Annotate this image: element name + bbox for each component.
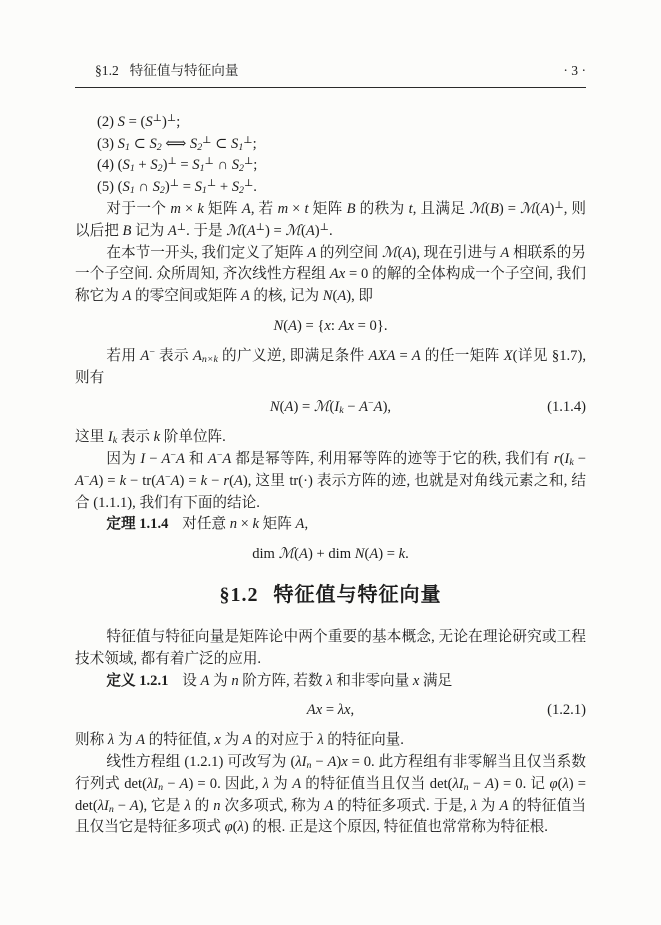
text-segment: .	[329, 223, 333, 239]
text-segment: S	[149, 136, 156, 152]
text-segment: 的	[191, 798, 213, 814]
text-segment: 设	[182, 673, 200, 689]
text-segment: −	[469, 776, 485, 792]
text-segment: B	[490, 201, 499, 217]
text-segment: = (	[125, 114, 145, 130]
paragraph-characteristic-polynomial: 线性方程组 (1.2.1) 可改写为 (λIn − A)x = 0. 此方程组有…	[75, 752, 586, 839]
text-segment: −	[207, 473, 223, 489]
display-formula-dimension: dim ℳ(A) + dim N(A) = k.	[75, 544, 586, 566]
text-segment: S	[192, 157, 199, 173]
text-segment: ×	[237, 516, 253, 532]
text-segment: A	[307, 245, 316, 261]
text-segment: 次多项式, 称为	[221, 798, 325, 814]
text-segment: A	[156, 473, 165, 489]
text-segment: ⊥	[320, 222, 329, 233]
text-segment: ×	[288, 201, 304, 217]
text-segment: 因为	[106, 451, 140, 467]
text-segment: =	[179, 179, 195, 195]
text-segment: 记为	[131, 223, 168, 239]
text-segment: A	[247, 223, 256, 239]
text-segment: 满足	[419, 673, 452, 689]
text-segment: −	[145, 451, 161, 467]
text-segment: A	[222, 451, 231, 467]
text-segment: −	[163, 776, 179, 792]
property-item-2: (2) S = (S⊥)⊥;	[75, 112, 586, 134]
text-segment: n×k	[202, 354, 218, 365]
text-segment: ⊥	[170, 178, 179, 189]
text-segment: Ax	[330, 266, 345, 282]
text-segment: − tr(	[126, 473, 156, 489]
text-segment: 的特征值,	[145, 732, 214, 748]
text-segment: ⊥	[153, 113, 162, 124]
text-segment: . 于是	[186, 223, 226, 239]
script-M-symbol: ℳ	[279, 546, 295, 562]
text-segment: A	[369, 546, 378, 562]
text-segment: ;	[176, 114, 180, 130]
text-segment: 则称	[75, 732, 108, 748]
text-segment: S	[118, 136, 125, 152]
text-segment: ,	[304, 516, 308, 532]
script-M-symbol: ℳ	[285, 223, 301, 239]
running-header: §1.2特征值与特征向量 · 3 ·	[75, 0, 586, 88]
text-segment: ),	[383, 399, 392, 415]
text-segment: AXA	[369, 348, 396, 364]
text-segment: ∩	[135, 179, 153, 195]
text-segment: ⊥	[244, 178, 253, 189]
text-segment: ) =	[98, 473, 119, 489]
paragraph-eigen-def-tail: 则称 λ 为 A 的特征值, x 为 A 的对应于 λ 的特征向量.	[75, 730, 586, 752]
text-segment: λI	[452, 776, 463, 792]
text-segment: 的列空间	[316, 245, 382, 261]
text-segment: A	[176, 451, 185, 467]
text-segment: :	[331, 318, 339, 334]
text-segment: φ	[550, 776, 558, 792]
text-segment: ⊥	[256, 222, 265, 233]
theorem-1-1-4: 定理 1.1.4对任意 n × k 矩阵 A,	[75, 514, 586, 536]
text-segment: 对于一个	[106, 201, 170, 217]
text-segment: S	[145, 114, 152, 130]
text-segment: = 0}.	[354, 318, 387, 334]
text-segment: ) + dim	[308, 546, 355, 562]
text-segment: 的零空间或矩阵	[131, 288, 240, 304]
text-segment: 矩阵	[309, 201, 347, 217]
paragraph-eigen-intro: 特征值与特征向量是矩阵论中两个重要的基本概念, 无论在理论研究或工程技术领域, …	[75, 627, 586, 671]
text-segment: 若用	[106, 348, 140, 364]
text-segment: A	[500, 245, 509, 261]
page-number: · 3 ·	[563, 60, 586, 82]
text-segment: ⊥	[205, 156, 214, 167]
text-segment: (4) (	[97, 157, 123, 173]
text-segment: 表示	[117, 429, 154, 445]
text-segment: ,	[351, 702, 355, 718]
equation-number: (1.2.1)	[547, 700, 586, 722]
text-segment: A	[292, 776, 301, 792]
text-segment: 都是幂等阵, 利用幂等阵的迹等于它的秩, 我们有	[231, 451, 554, 467]
text-segment: −	[114, 798, 130, 814]
text-segment: S	[118, 114, 125, 130]
text-segment: 定义 1.2.1	[106, 673, 168, 689]
text-segment: 的对应于	[252, 732, 318, 748]
text-segment: .	[405, 546, 409, 562]
text-segment: (3)	[97, 136, 118, 152]
text-segment: 对任意	[182, 516, 229, 532]
text-segment: 的秩为	[356, 201, 409, 217]
text-segment: ) = 0. 因此,	[188, 776, 262, 792]
text-segment: λI	[295, 754, 306, 770]
text-segment: A	[242, 201, 251, 217]
text-segment: ) = {	[297, 318, 324, 334]
text-segment: ) = 0. 记	[494, 776, 550, 792]
text-segment: , 且满足	[413, 201, 470, 217]
text-segment: ⟺	[162, 136, 190, 152]
text-segment: N	[273, 318, 283, 334]
text-segment: 的特征多项式. 于是,	[333, 798, 470, 814]
script-M-symbol: ℳ	[520, 201, 536, 217]
text-segment: S	[153, 179, 160, 195]
text-segment: A	[140, 348, 149, 364]
text-segment: S	[123, 157, 130, 173]
text-segment: A	[136, 732, 145, 748]
text-segment: (2)	[97, 114, 118, 130]
text-segment: S	[123, 179, 130, 195]
text-segment: A	[208, 451, 217, 467]
text-segment: λx	[338, 702, 351, 718]
text-segment: n	[231, 673, 238, 689]
text-segment: 的任一矩阵	[421, 348, 504, 364]
text-segment: S	[195, 179, 202, 195]
text-segment: A	[359, 399, 368, 415]
text-segment: ) =	[180, 473, 201, 489]
text-segment: 在本节一开头, 我们定义了矩阵	[106, 245, 307, 261]
text-segment: 矩阵	[204, 201, 242, 217]
text-segment: A	[412, 348, 421, 364]
text-segment: A	[306, 223, 315, 239]
text-segment: S	[232, 179, 239, 195]
text-segment: ) 的根. 正是这个原因, 特征值也常常称为特征根.	[244, 819, 548, 835]
property-item-3: (3) S1 ⊂ S2 ⟺ S2⊥ ⊂ S1⊥;	[75, 134, 586, 156]
text-segment: 阶单位阵.	[160, 429, 226, 445]
text-segment: 和	[185, 451, 208, 467]
script-M-symbol: ℳ	[314, 399, 330, 415]
text-segment: 特征值与特征向量是矩阵论中两个重要的基本概念, 无论在理论研究或工程技术领域, …	[75, 629, 586, 667]
text-segment: A	[130, 798, 139, 814]
text-segment: 为	[114, 732, 136, 748]
text-segment: 和非零向量	[333, 673, 413, 689]
text-segment: =	[395, 348, 411, 364]
text-segment: 定理 1.1.4	[106, 516, 168, 532]
text-segment: n	[230, 516, 237, 532]
text-segment: ⊥	[167, 156, 176, 167]
text-segment: .	[253, 179, 257, 195]
text-segment: ;	[253, 136, 257, 152]
running-title: §1.2特征值与特征向量	[75, 60, 238, 82]
text-segment: 矩阵	[259, 516, 296, 532]
text-segment: (5) (	[97, 179, 123, 195]
text-segment: ⊥	[554, 200, 563, 211]
text-segment: ⊥	[202, 135, 211, 146]
text-segment: A	[234, 473, 243, 489]
paragraph-null-space-intro: 在本节一开头, 我们定义了矩阵 A 的列空间 ℳ(A), 现在引进与 A 相联系…	[75, 243, 586, 308]
text-segment: λI	[98, 798, 109, 814]
text-segment: =	[322, 702, 338, 718]
text-segment: ;	[253, 157, 257, 173]
text-segment: ⊥	[167, 113, 176, 124]
text-segment: B	[347, 201, 356, 217]
text-segment: =	[177, 157, 193, 173]
paragraph-orthogonal-basis: 对于一个 m × k 矩阵 A, 若 m × t 矩阵 B 的秩为 t, 且满足…	[75, 199, 586, 243]
text-segment: A	[374, 399, 383, 415]
section-heading-number: §1.2	[220, 584, 259, 606]
text-segment: ⊥	[177, 222, 186, 233]
script-M-symbol: ℳ	[226, 223, 242, 239]
text-segment: n	[213, 798, 220, 814]
text-segment: −	[311, 754, 327, 770]
text-segment: Ax	[339, 318, 354, 334]
running-section-title: 特征值与特征向量	[130, 63, 239, 78]
text-segment: +	[216, 179, 232, 195]
text-segment: 的广义逆, 即满足条件	[218, 348, 369, 364]
script-M-symbol: ℳ	[469, 201, 485, 217]
definition-1-2-1: 定义 1.2.1设 A 为 n 阶方阵, 若数 λ 和非零向量 x 满足	[75, 671, 586, 693]
paragraph-generalized-inverse: 若用 A− 表示 An×k 的广义逆, 即满足条件 AXA = A 的任一矩阵 …	[75, 346, 586, 390]
text-segment: ) =	[265, 223, 285, 239]
text-segment: Ax	[307, 702, 322, 718]
text-segment: S	[232, 157, 239, 173]
text-segment: +	[135, 157, 151, 173]
paragraph-idempotent-trace: 因为 I − A−A 和 A−A 都是幂等阵, 利用幂等阵的迹等于它的秩, 我们…	[75, 449, 586, 514]
text-segment: ), 现在引进与	[411, 245, 500, 261]
text-segment: 的特征值当且仅当 det(	[301, 776, 452, 792]
text-segment: 为	[209, 673, 231, 689]
display-formula-1-1-4: N(A) = ℳ(Ik − A−A),(1.1.4)	[75, 397, 586, 419]
property-item-5: (5) (S1 ∩ S2)⊥ = S1⊥ + S2⊥.	[75, 177, 586, 199]
text-segment: 阶方阵, 若数	[239, 673, 327, 689]
text-segment: A	[193, 348, 202, 364]
section-heading-title: 特征值与特征向量	[274, 584, 442, 606]
text-segment: A	[75, 473, 84, 489]
text-segment: ⊥	[243, 135, 252, 146]
property-item-4: (4) (S1 + S2)⊥ = S1⊥ ∩ S2⊥;	[75, 155, 586, 177]
section-heading: §1.2特征值与特征向量	[75, 580, 586, 610]
text-segment: 的特征向量.	[324, 732, 404, 748]
text-segment: ) =	[378, 546, 398, 562]
text-segment: 线性方程组 (1.2.1) 可改写为 (	[106, 754, 295, 770]
display-formula-null-space: N(A) = {x: Ax = 0}.	[75, 316, 586, 338]
text-segment: m	[170, 201, 181, 217]
text-segment: S	[150, 157, 157, 173]
text-segment: A	[168, 223, 177, 239]
text-segment: A	[485, 776, 494, 792]
script-M-symbol: ℳ	[382, 245, 398, 261]
text-segment: ), 即	[346, 288, 373, 304]
text-segment: A	[241, 288, 250, 304]
text-segment: , 若	[251, 201, 278, 217]
text-segment: 表示	[155, 348, 193, 364]
text-segment: ×	[181, 201, 197, 217]
text-segment: A	[171, 473, 180, 489]
text-segment: 的核, 记为	[250, 288, 323, 304]
running-section-number: §1.2	[95, 63, 119, 78]
text-segment: ⊥	[244, 156, 253, 167]
paragraph-identity-note: 这里 Ik 表示 k 阶单位阵.	[75, 427, 586, 449]
text-segment: N	[323, 288, 333, 304]
text-segment: ⊂	[130, 136, 150, 152]
text-segment: dim	[252, 546, 278, 562]
text-segment: ) =	[499, 201, 520, 217]
display-formula-1-2-1: Ax = λx,(1.2.1)	[75, 700, 586, 722]
page-body: (2) S = (S⊥)⊥;(3) S1 ⊂ S2 ⟺ S2⊥ ⊂ S1⊥;(4…	[75, 88, 586, 839]
text-segment: A	[243, 732, 252, 748]
book-page: §1.2特征值与特征向量 · 3 · (2) S = (S⊥)⊥;(3) S1 …	[0, 0, 661, 925]
text-segment: ⊂	[212, 136, 232, 152]
equation-number: (1.1.4)	[547, 397, 586, 419]
text-segment: A	[337, 288, 346, 304]
text-segment: 为	[269, 776, 292, 792]
text-segment: 为	[477, 798, 499, 814]
text-segment: 为	[221, 732, 243, 748]
text-segment: φ	[225, 819, 233, 835]
text-segment: A	[288, 318, 297, 334]
text-segment: −	[344, 399, 360, 415]
text-segment: A	[299, 546, 308, 562]
text-segment: ), 它是	[139, 798, 185, 814]
text-segment: 这里	[75, 429, 108, 445]
text-segment: ) =	[293, 399, 313, 415]
text-segment: N	[270, 399, 280, 415]
text-segment: N	[355, 546, 365, 562]
text-segment: ∩	[214, 157, 232, 173]
text-segment: −	[574, 451, 586, 467]
text-segment: λI	[147, 776, 158, 792]
text-segment: X	[504, 348, 513, 364]
text-segment: ⊥	[207, 178, 216, 189]
text-segment: m	[278, 201, 289, 217]
